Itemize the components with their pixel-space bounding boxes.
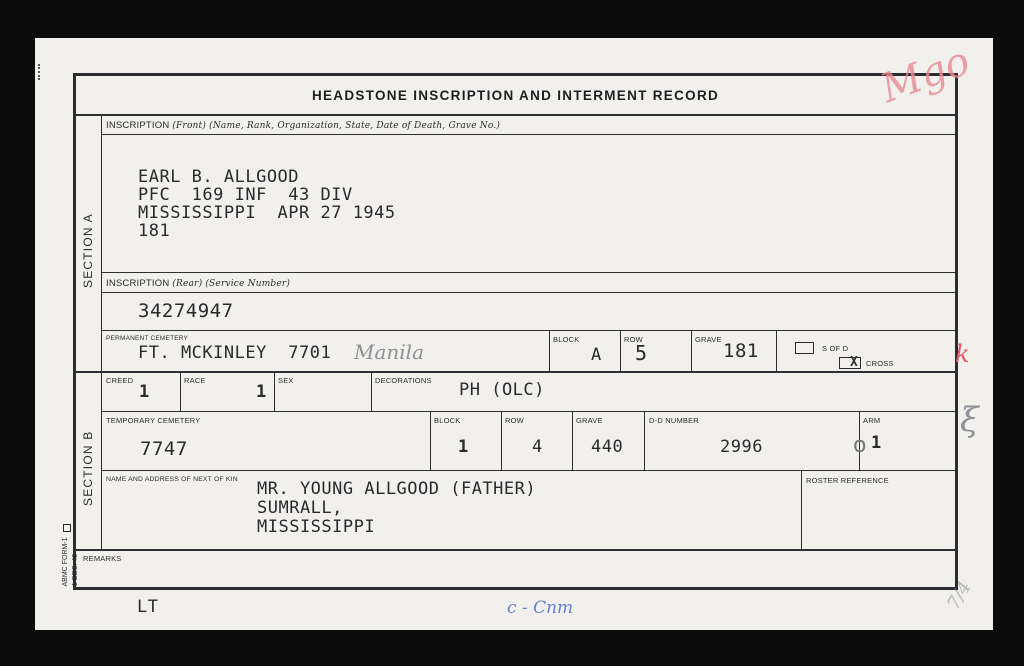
sex-label: SEX — [278, 376, 294, 385]
dd-number-value: 2996 — [720, 438, 763, 456]
section-a-label: SECTION A — [81, 213, 95, 288]
inscription-front-label: INSCRIPTION (Front) (Name, Rank, Organiz… — [106, 120, 500, 131]
interment-record-form: HEADSTONE INSCRIPTION AND INTERMENT RECO… — [73, 73, 958, 590]
section-divider — [76, 549, 955, 551]
inscription-front-line-4: 181 — [138, 222, 170, 240]
cross-label: CROSS — [866, 359, 894, 368]
divider — [371, 371, 372, 411]
divider — [501, 411, 502, 470]
next-of-kin-line-3: MISSISSIPPI — [257, 518, 375, 536]
permanent-cemetery-value: FT. MCKINLEY 7701 — [138, 344, 331, 362]
service-number: 34274947 — [138, 302, 234, 320]
arm-value: 1 — [871, 434, 882, 452]
divider — [620, 330, 621, 371]
divider — [180, 371, 181, 411]
temporary-row-value: 4 — [532, 438, 543, 456]
next-of-kin-line-1: MR. YOUNG ALLGOOD (FATHER) — [257, 480, 536, 498]
divider — [572, 411, 573, 470]
form-title: HEADSTONE INSCRIPTION AND INTERMENT RECO… — [76, 88, 955, 103]
temporary-block-label: BLOCK — [434, 416, 460, 425]
next-of-kin-label: NAME AND ADDRESS OF NEXT OF KIN — [106, 476, 238, 483]
divider — [274, 371, 275, 411]
divider — [101, 292, 955, 293]
inscription-front-line-2: PFC 169 INF 43 DIV — [138, 186, 353, 204]
creed-value: 1 — [139, 383, 150, 401]
permanent-grave-label: GRAVE — [695, 335, 722, 344]
temporary-grave-label: GRAVE — [576, 416, 603, 425]
temporary-row-label: ROW — [505, 416, 524, 425]
permanent-cemetery-label: PERMANENT CEMETERY — [106, 335, 188, 342]
divider — [101, 134, 955, 135]
section-column-divider — [101, 114, 102, 549]
divider — [549, 330, 550, 371]
divider — [430, 411, 431, 470]
s-of-d-checkbox[interactable] — [795, 342, 814, 354]
dd-number-label: D-D NUMBER — [649, 416, 699, 425]
arm-label: ARM — [863, 416, 880, 425]
permanent-block-value: A — [591, 346, 602, 364]
handwritten-manila-note: Manila — [354, 340, 424, 364]
divider — [776, 330, 777, 371]
permanent-row-value: 5 — [635, 344, 648, 362]
typed-lt: LT — [137, 598, 158, 616]
decorations-value: PH (OLC) — [459, 381, 545, 399]
temporary-cemetery-label: TEMPORARY CEMETERY — [106, 416, 200, 425]
perforation-marks — [38, 64, 42, 80]
arm-circle-mark: o — [853, 433, 866, 458]
temporary-block-value: 1 — [458, 438, 469, 456]
divider — [101, 330, 955, 331]
divider — [101, 411, 955, 412]
cross-check-mark: X — [850, 355, 858, 370]
red-mark-right-margin: k — [955, 340, 970, 368]
section-b-label: SECTION B — [81, 431, 95, 506]
inscription-front-line-3: MISSISSIPPI APR 27 1945 — [138, 204, 396, 222]
permanent-grave-value: 181 — [723, 342, 759, 360]
creed-label: CREED — [106, 376, 133, 385]
temporary-grave-value: 440 — [591, 438, 623, 456]
inscription-rear-label: INSCRIPTION (Rear) (Service Number) — [106, 278, 290, 289]
roster-reference-label: ROSTER REFERENCE — [806, 476, 889, 485]
remarks-label: REMARKS — [83, 554, 122, 563]
s-of-d-label: S OF D — [822, 344, 848, 353]
inscription-front-line-1: EARL B. ALLGOOD — [138, 168, 299, 186]
form-date: 1 DEC. 48 — [62, 554, 80, 590]
divider — [691, 330, 692, 371]
race-value: 1 — [256, 383, 267, 401]
pencil-mark-right-margin: ξ — [960, 400, 979, 440]
divider — [644, 411, 645, 470]
section-divider — [76, 371, 955, 373]
temporary-cemetery-value: 7747 — [140, 440, 188, 458]
divider — [101, 272, 955, 273]
decorations-label: DECORATIONS — [375, 376, 432, 385]
divider — [101, 470, 955, 471]
divider — [76, 114, 955, 116]
next-of-kin-line-2: SUMRALL, — [257, 499, 343, 517]
margin-checkbox — [63, 524, 71, 532]
divider — [801, 470, 802, 549]
race-label: RACE — [184, 376, 206, 385]
permanent-block-label: BLOCK — [553, 335, 579, 344]
handwritten-blue-note: c - Cnm — [507, 598, 573, 618]
